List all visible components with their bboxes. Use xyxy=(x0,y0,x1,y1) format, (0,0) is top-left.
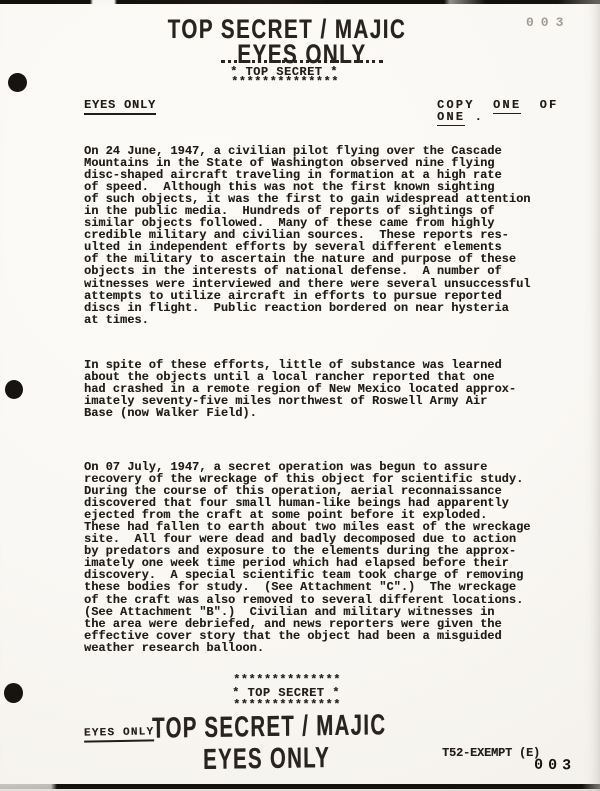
copy-notation: COPY ONE OF ONE . xyxy=(437,99,600,123)
eyes-only-label: EYES ONLY xyxy=(84,99,156,111)
exemption-marking: T52-EXEMPT (E) xyxy=(442,747,540,759)
document-page: 003 TOP SECRET / MAJIC EYES ONLY * TOP S… xyxy=(0,0,600,791)
hole-punch-icon xyxy=(5,380,23,399)
footer-stamp-row-1: TOP SECRET / MAJIC xyxy=(0,711,569,744)
page-number-bottom: 003 xyxy=(534,757,576,775)
asterisk-row: ************** xyxy=(0,76,585,88)
copy-count-second: ONE xyxy=(437,110,465,126)
document-paragraph-3: On 07 July, 1947, a secret operation was… xyxy=(84,461,530,654)
dotted-underline xyxy=(221,60,383,63)
copy-period: . xyxy=(475,110,484,124)
eyes-only-label-text: EYES ONLY xyxy=(84,98,156,115)
copy-of-word: OF xyxy=(540,98,559,112)
copy-count-first: ONE xyxy=(493,98,521,114)
asterisk-row: ************** xyxy=(0,674,587,686)
top-secret-majic-stamp: TOP SECRET / MAJIC xyxy=(152,709,386,746)
scan-edge-top xyxy=(0,0,600,4)
eyes-only-stamp: EYES ONLY xyxy=(203,742,330,777)
asterisk-row: ************** xyxy=(0,699,587,711)
document-paragraph-2: In spite of these efforts, little of sub… xyxy=(84,359,516,419)
document-paragraph-1: On 24 June, 1947, a civilian pilot flyin… xyxy=(84,145,530,326)
scan-edge-bottom xyxy=(0,784,600,789)
